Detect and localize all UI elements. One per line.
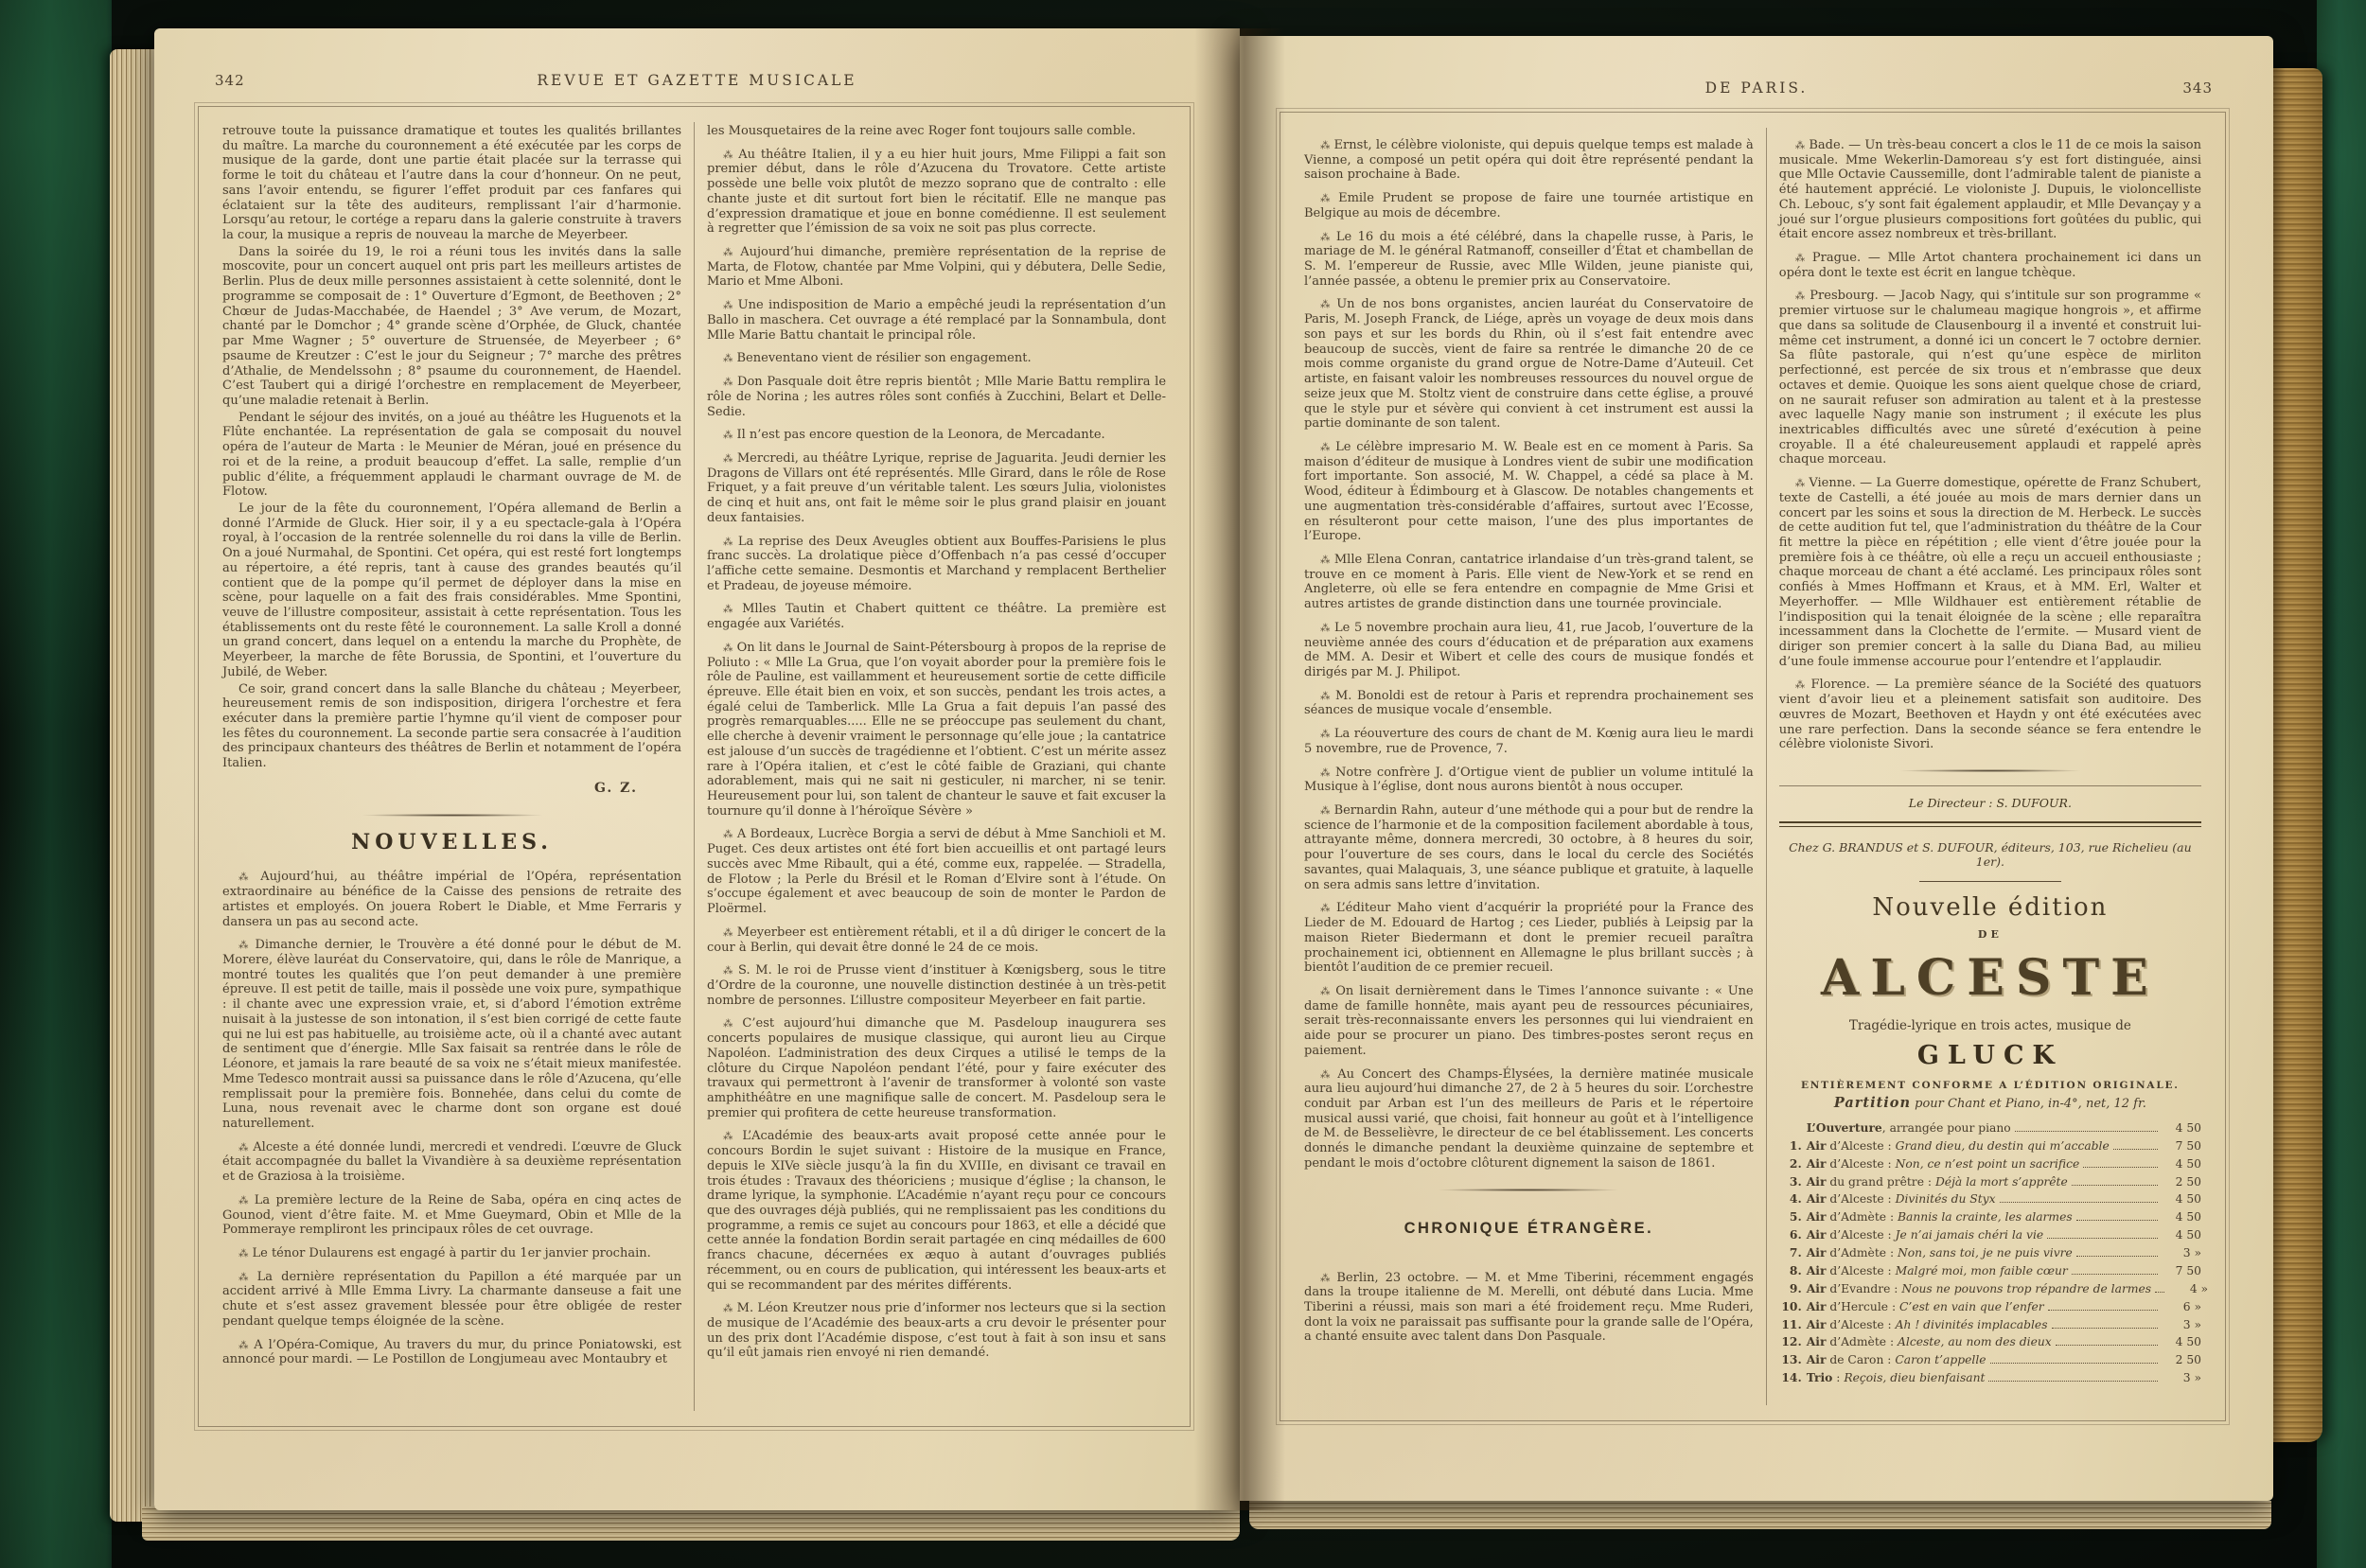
ad-conformity-line: ENTIÈREMENT CONFORME A L’ÉDITION ORIGINA… (1779, 1080, 2201, 1092)
news-item: ⁂Mlle Elena Conran, cantatrice irlandais… (1304, 553, 1754, 612)
dot-leader (2076, 1248, 2158, 1257)
news-item-text: Le 16 du mois a été célébré, dans la cha… (1304, 230, 1754, 289)
asterism-icon: ⁂ (1320, 299, 1333, 310)
news-item: ⁂Meyerbeer est entièrement rétabli, et i… (707, 925, 1166, 955)
ad-item-price: 6 » (2162, 1300, 2201, 1314)
asterism-icon: ⁂ (238, 940, 251, 951)
asterism-icon: ⁂ (723, 1018, 738, 1030)
news-item: ⁂Emile Prudent se propose de faire une t… (1304, 191, 1754, 220)
news-item-text: M. Bonoldi est de retour à Paris et repr… (1304, 689, 1754, 718)
right-page-number: 343 (2182, 79, 2213, 97)
asterism-icon: ⁂ (723, 377, 733, 388)
ad-item-number: 14. (1779, 1371, 1802, 1385)
news-item-text: Don Pasquale doit être repris bientôt ; … (707, 375, 1166, 418)
page-edges-bottom-left (142, 1506, 1240, 1541)
asterism-icon: ⁂ (723, 927, 733, 939)
asterism-icon: ⁂ (723, 537, 734, 548)
news-item-text: La dernière représentation du Papillon a… (222, 1270, 681, 1329)
ad-item-incipit: Bannis la crainte, les alarmes (1898, 1210, 2073, 1224)
ad-item-number: 6. (1779, 1228, 1802, 1242)
paragraph: Pendant le séjour des invités, on a joué… (222, 411, 681, 500)
ad-item-incipit: Alceste, au nom des dieux (1898, 1335, 2052, 1349)
news-item-text: Le 5 novembre prochain aura lieu, 41, ru… (1304, 621, 1754, 679)
asterism-icon: ⁂ (723, 247, 736, 258)
dot-leader (2076, 1212, 2158, 1221)
dot-leader (2155, 1284, 2164, 1293)
ad-item-type: Air (1807, 1318, 1827, 1332)
continued-line: les Mousquetaires de la reine avec Roger… (707, 124, 1166, 139)
asterism-icon: ⁂ (238, 1142, 249, 1154)
ad-price-row: 3. Air du grand prêtre : Déjà la mort s’… (1779, 1175, 2201, 1189)
asterism-icon: ⁂ (1320, 623, 1331, 634)
ad-item-type: Air (1807, 1157, 1827, 1172)
asterism-icon: ⁂ (723, 1131, 738, 1142)
ad-item-role: d’Evandre : (1826, 1282, 1901, 1296)
ad-item-price: 3 » (2162, 1318, 2201, 1332)
ad-price-row: 11. Air d’Alceste : Ah ! divinités impla… (1779, 1318, 2201, 1332)
news-item-text: Au théâtre Italien, il y a eu hier huit … (707, 148, 1166, 237)
ad-item-incipit: Je n’ai jamais chéri la vie (1896, 1228, 2044, 1242)
news-item: ⁂Mlles Tautin et Chabert quittent ce thé… (707, 602, 1166, 631)
right-text-frame: ⁂Ernst, le célèbre violoniste, qui depui… (1280, 112, 2226, 1421)
news-item-text: Alceste a été donnée lundi, mercredi et … (222, 1140, 681, 1184)
ad-item-number: 1. (1779, 1139, 1802, 1154)
ad-item-price: 4 50 (2162, 1192, 2201, 1207)
chronique-heading: CHRONIQUE ÉTRANGÈRE. (1304, 1220, 1754, 1239)
news-item-text: Le ténor Dulaurens est engagé à partir d… (253, 1246, 651, 1260)
director-line: Le Directeur : S. DUFOUR. (1779, 796, 2201, 810)
news-item: ⁂M. Bonoldi est de retour à Paris et rep… (1304, 689, 1754, 718)
ad-item-incipit: Nous ne pouvons trop répandre de larmes (1901, 1282, 2151, 1296)
ad-price-row: 12. Air d’Admète : Alceste, au nom des d… (1779, 1335, 2201, 1349)
news-item-text: Le célèbre impresario M. W. Beale est en… (1304, 440, 1754, 543)
ad-item-number: 5. (1779, 1210, 1802, 1224)
asterism-icon: ⁂ (1795, 253, 1809, 264)
continued-paragraph: retrouve toute la puissance dramatique e… (222, 124, 681, 243)
ad-item-price: 7 50 (2162, 1264, 2201, 1278)
news-item: ⁂Don Pasquale doit être repris bientôt ;… (707, 375, 1166, 419)
dot-leader (1990, 1355, 2158, 1364)
dot-leader (2056, 1337, 2158, 1346)
news-item: ⁂Florence. — La première séance de la So… (1779, 678, 2201, 752)
asterism-icon: ⁂ (238, 1248, 249, 1260)
nouvelles-heading: NOUVELLES. (222, 830, 681, 855)
news-item: ⁂Aujourd’hui, au théâtre impérial de l’O… (222, 870, 681, 929)
asterism-icon: ⁂ (723, 300, 734, 311)
asterism-icon: ⁂ (1320, 1273, 1333, 1284)
news-item-text: La réouverture des cours de chant de M. … (1304, 727, 1754, 756)
news-item: ⁂Le ténor Dulaurens est engagé à partir … (222, 1246, 681, 1261)
news-item-text: Berlin, 23 octobre. — M. et Mme Tiberini… (1304, 1271, 1754, 1345)
news-item-text: Une indisposition de Mario a empêché jeu… (707, 298, 1166, 342)
news-item: ⁂Un de nos bons organistes, ancien lauré… (1304, 297, 1754, 431)
ad-price-row: 13. Air de Caron : Caron t’appelle 2 50 (1779, 1353, 2201, 1367)
ad-partition-line: Partition pour Chant et Piano, in-4°, ne… (1779, 1095, 2201, 1112)
ad-item-number: 10. (1779, 1300, 1802, 1314)
ad-item-price: 4 50 (2162, 1335, 2201, 1349)
asterism-icon: ⁂ (1320, 140, 1331, 151)
asterism-icon: ⁂ (238, 872, 256, 883)
asterism-icon: ⁂ (1320, 767, 1332, 779)
ad-title-alceste: ALCESTE (1779, 949, 2201, 1009)
paragraph: Dans la soirée du 19, le roi a réuni tou… (222, 245, 681, 409)
thin-rule (1779, 785, 2201, 786)
ad-item-number: 11. (1779, 1318, 1802, 1332)
news-items-right-col1: ⁂Ernst, le célèbre violoniste, qui depui… (1304, 138, 1754, 1172)
news-item: ⁂Une indisposition de Mario a empêché je… (707, 298, 1166, 343)
right-column-2: ⁂Bade. — Un très-beau concert a clos le … (1766, 128, 2214, 1405)
asterism-icon: ⁂ (723, 643, 733, 654)
news-item-text: Dimanche dernier, le Trouvère a été donn… (222, 938, 681, 1131)
news-item-text: Aujourd’hui dimanche, première représent… (707, 245, 1166, 289)
ad-short-rule (1919, 881, 2061, 882)
dot-leader (2000, 1194, 2158, 1203)
news-item-text: Il n’est pas encore question de la Leono… (737, 428, 1105, 442)
news-item-text: On lisait dernièrement dans le Times l’a… (1304, 984, 1754, 1058)
ad-item-number: 4. (1779, 1192, 1802, 1207)
ad-item-number: 12. (1779, 1335, 1802, 1349)
news-item: ⁂On lit dans le Journal de Saint-Pétersb… (707, 641, 1166, 819)
news-item: ⁂La dernière représentation du Papillon … (222, 1270, 681, 1330)
section-divider (1439, 1189, 1618, 1191)
news-item-text: C’est aujourd’hui dimanche que M. Pasdel… (707, 1016, 1166, 1119)
news-item: ⁂Berlin, 23 octobre. — M. et Mme Tiberin… (1304, 1271, 1754, 1346)
news-item: ⁂La réouverture des cours de chant de M.… (1304, 727, 1754, 756)
news-item-text: On lit dans le Journal de Saint-Pétersbo… (707, 641, 1166, 819)
ad-item-number: 3. (1779, 1175, 1802, 1189)
ad-price-row: 14. Trio : Reçois, dieu bienfaisant 3 » (1779, 1371, 2201, 1385)
ad-item-price: 2 50 (2162, 1175, 2201, 1189)
ad-item-price: 7 50 (2162, 1139, 2201, 1154)
asterism-icon: ⁂ (723, 1303, 733, 1314)
right-running-head: DE PARIS. 343 (1289, 79, 2224, 102)
article-paragraphs: Dans la soirée du 19, le roi a réuni tou… (222, 245, 681, 771)
ad-item-type: Air (1807, 1139, 1827, 1154)
asterism-icon: ⁂ (723, 430, 733, 441)
dot-leader (2052, 1320, 2159, 1329)
ad-item-type: Air (1807, 1192, 1827, 1207)
ad-item-role: , arrangée pour piano (1882, 1121, 2011, 1136)
dot-leader (2113, 1141, 2158, 1150)
news-item-text: Aujourd’hui, au théâtre impérial de l’Op… (222, 870, 681, 928)
ad-publisher-line: Chez G. BRANDUS et S. DUFOUR, éditeurs, … (1779, 840, 2201, 869)
news-item: ⁂Mercredi, au théâtre Lyrique, reprise d… (707, 451, 1166, 526)
ad-item-number: 8. (1779, 1264, 1802, 1278)
news-item: ⁂A l’Opéra-Comique, Au travers du mur, d… (222, 1338, 681, 1367)
news-item-text: Mercredi, au théâtre Lyrique, reprise de… (707, 451, 1166, 525)
ad-item-role: d’Admète : (1826, 1210, 1898, 1224)
news-item-text: La reprise des Deux Aveugles obtient aux… (707, 535, 1166, 593)
double-rule (1779, 821, 2201, 827)
news-item: ⁂La première lecture de la Reine de Saba… (222, 1193, 681, 1238)
paragraph: Le jour de la fête du couronnement, l’Op… (222, 502, 681, 680)
ad-partition-word: Partition (1834, 1095, 1911, 1111)
dot-leader (2072, 1177, 2158, 1186)
ad-item-incipit: Déjà la mort s’apprête (1935, 1175, 2068, 1189)
ad-price-row: 10. Air d’Hercule : C’est en vain que l’… (1779, 1300, 2201, 1314)
news-item-text: Emile Prudent se propose de faire une to… (1304, 191, 1754, 220)
left-running-title: REVUE ET GAZETTE MUSICALE (203, 72, 1191, 89)
news-item-text: L’Académie des beaux-arts avait proposé … (707, 1129, 1166, 1292)
ad-item-incipit: Malgré moi, mon faible cœur (1896, 1264, 2068, 1278)
asterism-icon: ⁂ (723, 150, 734, 161)
asterism-icon: ⁂ (238, 1195, 251, 1207)
section-divider (1900, 769, 2080, 772)
asterism-icon: ⁂ (238, 1272, 254, 1283)
news-item: ⁂Beneventano vient de résilier son engag… (707, 351, 1166, 366)
ad-composer-gluck: GLUCK (1779, 1041, 2201, 1072)
ad-item-price: 4 50 (2162, 1228, 2201, 1242)
ad-item-role: d’Alceste : (1826, 1318, 1895, 1332)
page-right: DE PARIS. 343 ⁂Ernst, le célèbre violoni… (1240, 36, 2273, 1501)
ad-item-price: 3 » (2162, 1246, 2201, 1260)
article-signature: G. Z. (222, 781, 681, 797)
dot-leader (2015, 1123, 2158, 1132)
news-item-text: Notre confrère J. d’Ortigue vient de pub… (1304, 766, 1754, 795)
news-item: ⁂M. Léon Kreutzer nous prie d’informer n… (707, 1301, 1166, 1361)
news-item: ⁂Prague. — Mlle Artot chantera prochaine… (1779, 251, 2201, 280)
news-item: ⁂Vienne. — La Guerre domestique, opérett… (1779, 476, 2201, 669)
ad-item-type: Trio (1807, 1371, 1833, 1385)
ad-item-price: 4 » (2168, 1282, 2208, 1296)
ad-item-incipit: Grand dieu, du destin qui m’accable (1896, 1139, 2110, 1154)
news-item-text: La première lecture de la Reine de Saba,… (222, 1193, 681, 1237)
asterism-icon: ⁂ (723, 965, 734, 977)
left-text-frame: retrouve toute la puissance dramatique e… (198, 106, 1191, 1427)
ad-item-type: Air (1807, 1282, 1827, 1296)
book-cover-right (2317, 0, 2366, 1568)
ad-item-incipit: C’est en vain que l’enfer (1899, 1300, 2044, 1314)
news-item-text: Ernst, le célèbre violoniste, qui depuis… (1304, 138, 1754, 182)
ad-item-role: d’Alceste : (1826, 1157, 1895, 1172)
news-item: ⁂Notre confrère J. d’Ortigue vient de pu… (1304, 766, 1754, 795)
right-running-title: DE PARIS. (1289, 79, 2224, 97)
news-item: ⁂Ernst, le célèbre violoniste, qui depui… (1304, 138, 1754, 183)
left-column-2: les Mousquetaires de la reine avec Roger… (694, 122, 1178, 1411)
news-item-text: Mlle Elena Conran, cantatrice irlandaise… (1304, 553, 1754, 611)
asterism-icon: ⁂ (1320, 986, 1332, 997)
asterism-icon: ⁂ (1795, 140, 1806, 151)
dot-leader (2047, 1230, 2158, 1239)
dot-leader (2048, 1302, 2158, 1311)
news-item: ⁂Il n’est pas encore question de la Leon… (707, 428, 1166, 443)
ad-item-incipit: Non, ce n’est point un sacrifice (1896, 1157, 2080, 1172)
ad-item-type: L’Ouverture (1807, 1121, 1882, 1136)
dot-leader (2083, 1159, 2158, 1168)
ad-price-list: L’Ouverture , arrangée pour piano 4 50 1… (1779, 1121, 2201, 1385)
ad-item-price: 4 50 (2162, 1121, 2201, 1136)
news-item-text: M. Léon Kreutzer nous prie d’informer no… (707, 1301, 1166, 1360)
asterism-icon: ⁂ (1320, 729, 1331, 740)
page-edges-bottom-right (1249, 1501, 2271, 1529)
asterism-icon: ⁂ (723, 604, 738, 615)
asterism-icon: ⁂ (1320, 232, 1333, 243)
news-item: ⁂Presbourg. — Jacob Nagy, qui s’intitule… (1779, 289, 2201, 467)
news-item: ⁂Aujourd’hui dimanche, première représen… (707, 245, 1166, 290)
news-items-left-col1: ⁂Aujourd’hui, au théâtre impérial de l’O… (222, 870, 681, 1367)
ad-de-line: DE (1779, 928, 2201, 941)
news-item-text: A Bordeaux, Lucrèce Borgia a servi de dé… (707, 827, 1166, 916)
news-item-text: Presbourg. — Jacob Nagy, qui s’intitule … (1779, 289, 2201, 467)
ad-item-incipit: Divinités du Styx (1896, 1192, 1996, 1207)
ad-price-row: 9. Air d’Evandre : Nous ne pouvons trop … (1779, 1282, 2201, 1296)
ad-subtitle: Tragédie-lyrique en trois actes, musique… (1779, 1018, 2201, 1033)
ad-item-role: de Caron : (1826, 1353, 1895, 1367)
news-item-text: Meyerbeer est entièrement rétabli, et il… (707, 925, 1166, 955)
news-item: ⁂A Bordeaux, Lucrèce Borgia a servi de d… (707, 827, 1166, 916)
news-item: ⁂On lisait dernièrement dans le Times l’… (1304, 984, 1754, 1059)
news-item: ⁂Au Concert des Champs-Élysées, la derni… (1304, 1067, 1754, 1172)
news-item-text: Bade. — Un très-beau concert a clos le 1… (1779, 138, 2201, 241)
asterism-icon: ⁂ (1320, 805, 1331, 817)
news-item: ⁂La reprise des Deux Aveugles obtient au… (707, 535, 1166, 594)
news-item: ⁂L’éditeur Maho vient d’acquérir la prop… (1304, 901, 1754, 976)
dot-leader (2072, 1266, 2158, 1275)
ad-item-type: Air (1807, 1210, 1827, 1224)
news-item-text: Prague. — Mlle Artot chantera prochainem… (1779, 251, 2201, 280)
asterism-icon: ⁂ (1320, 1069, 1333, 1081)
ad-price-row: L’Ouverture , arrangée pour piano 4 50 (1779, 1121, 2201, 1136)
ad-item-price: 4 50 (2162, 1157, 2201, 1172)
news-item: ⁂Dimanche dernier, le Trouvère a été don… (222, 938, 681, 1131)
ad-item-price: 4 50 (2162, 1210, 2201, 1224)
left-column-1: retrouve toute la puissance dramatique e… (210, 122, 694, 1411)
book-cover-left (0, 0, 112, 1568)
ad-item-role: : (1832, 1371, 1844, 1385)
ad-item-type: Air (1807, 1246, 1827, 1260)
ad-item-role: d’Alceste : (1826, 1192, 1895, 1207)
ad-item-number: 13. (1779, 1353, 1802, 1367)
asterism-icon: ⁂ (1320, 555, 1331, 566)
ad-item-type: Air (1807, 1228, 1827, 1242)
ad-item-type: Air (1807, 1175, 1827, 1189)
news-item: ⁂Bernardin Rahn, auteur d’une méthode qu… (1304, 803, 1754, 892)
ad-item-incipit: Non, sans toi, je ne puis vivre (1898, 1246, 2073, 1260)
asterism-icon: ⁂ (723, 453, 733, 465)
news-item: ⁂C’est aujourd’hui dimanche que M. Pasde… (707, 1016, 1166, 1120)
ad-item-role: d’Admète : (1826, 1335, 1898, 1349)
news-item: ⁂Bade. — Un très-beau concert a clos le … (1779, 138, 2201, 242)
ad-partition-rest: pour Chant et Piano, in-4°, net, 12 fr. (1911, 1097, 2146, 1111)
asterism-icon: ⁂ (1795, 679, 1808, 691)
ad-item-role: d’Alceste : (1826, 1228, 1895, 1242)
news-item-text: Mlles Tautin et Chabert quittent ce théâ… (707, 602, 1166, 631)
ad-item-type: Air (1807, 1300, 1827, 1314)
gilt-fore-edge (2269, 68, 2322, 1442)
ad-item-type: Air (1807, 1353, 1827, 1367)
asterism-icon: ⁂ (1795, 291, 1807, 302)
ad-item-number: 9. (1779, 1282, 1802, 1296)
ad-edition-line: Nouvelle édition (1779, 893, 2201, 923)
news-item: ⁂Le célèbre impresario M. W. Beale est e… (1304, 440, 1754, 544)
news-items-right-col2: ⁂Bade. — Un très-beau concert a clos le … (1779, 138, 2201, 752)
ad-item-price: 2 50 (2162, 1353, 2201, 1367)
right-column-1: ⁂Ernst, le célèbre violoniste, qui depui… (1292, 128, 1766, 1405)
news-item: ⁂L’Académie des beaux-arts avait proposé… (707, 1129, 1166, 1293)
paragraph: Ce soir, grand concert dans la salle Bla… (222, 682, 681, 771)
news-items-left-col2: ⁂Au théâtre Italien, il y a eu hier huit… (707, 148, 1166, 1361)
news-item-text: Beneventano vient de résilier son engage… (737, 351, 1032, 365)
asterism-icon: ⁂ (1320, 193, 1334, 204)
news-item: ⁂Le 16 du mois a été célébré, dans la ch… (1304, 230, 1754, 290)
news-item-text: A l’Opéra-Comique, Au travers du mur, du… (222, 1338, 681, 1367)
ad-item-number: 2. (1779, 1157, 1802, 1172)
ad-price-row: 1. Air d’Alceste : Grand dieu, du destin… (1779, 1139, 2201, 1154)
ad-price-row: 5. Air d’Admète : Bannis la crainte, les… (1779, 1210, 2201, 1224)
ad-price-row: 8. Air d’Alceste : Malgré moi, mon faibl… (1779, 1264, 2201, 1278)
news-item: ⁂Le 5 novembre prochain aura lieu, 41, r… (1304, 621, 1754, 680)
news-item-text: Au Concert des Champs-Élysées, la derniè… (1304, 1067, 1754, 1171)
asterism-icon: ⁂ (1795, 478, 1806, 489)
news-item: ⁂S. M. le roi de Prusse vient d’institue… (707, 963, 1166, 1008)
ad-item-role: d’Admète : (1826, 1246, 1898, 1260)
news-item-text: Florence. — La première séance de la Soc… (1779, 678, 2201, 751)
ad-item-incipit: Ah ! divinités implacables (1896, 1318, 2048, 1332)
ad-item-type: Air (1807, 1264, 1827, 1278)
ad-item-price: 3 » (2162, 1371, 2201, 1385)
ad-price-row: 4. Air d’Alceste : Divinités du Styx 4 5… (1779, 1192, 2201, 1207)
asterism-icon: ⁂ (238, 1340, 250, 1351)
ad-price-row: 2. Air d’Alceste : Non, ce n’est point u… (1779, 1157, 2201, 1172)
ad-item-type: Air (1807, 1335, 1827, 1349)
ad-price-row: 7. Air d’Admète : Non, sans toi, je ne p… (1779, 1246, 2201, 1260)
section-divider (362, 814, 542, 817)
ad-price-row: 6. Air d’Alceste : Je n’ai jamais chéri … (1779, 1228, 2201, 1242)
alceste-advertisement: Chez G. BRANDUS et S. DUFOUR, éditeurs, … (1779, 840, 2201, 1385)
ad-item-role: d’Alceste : (1826, 1264, 1895, 1278)
asterism-icon: ⁂ (1320, 442, 1332, 453)
left-running-head: 342 REVUE ET GAZETTE MUSICALE (203, 72, 1191, 95)
news-item: ⁂Au théâtre Italien, il y a eu hier huit… (707, 148, 1166, 237)
page-edges-left (110, 49, 159, 1522)
news-item-text: L’éditeur Maho vient d’acquérir la propr… (1304, 901, 1754, 975)
page-left: 342 REVUE ET GAZETTE MUSICALE retrouve t… (154, 28, 1240, 1510)
ad-item-incipit: Reçois, dieu bienfaisant (1844, 1371, 1985, 1385)
dot-leader (1988, 1373, 2158, 1382)
asterism-icon: ⁂ (723, 829, 733, 840)
asterism-icon: ⁂ (1320, 903, 1333, 914)
news-item-text: Bernardin Rahn, auteur d’une méthode qui… (1304, 803, 1754, 892)
ad-item-role: du grand prêtre : (1826, 1175, 1934, 1189)
news-item-text: S. M. le roi de Prusse vient d’instituer… (707, 963, 1166, 1007)
news-item-text: Un de nos bons organistes, ancien lauréa… (1304, 297, 1754, 431)
news-item-text: Vienne. — La Guerre domestique, opérette… (1779, 476, 2201, 669)
ad-item-role: d’Hercule : (1826, 1300, 1899, 1314)
ad-item-role: d’Alceste : (1826, 1139, 1895, 1154)
chronique-items: ⁂Berlin, 23 octobre. — M. et Mme Tiberin… (1304, 1271, 1754, 1346)
asterism-icon: ⁂ (723, 353, 733, 364)
ad-item-number: 7. (1779, 1246, 1802, 1260)
ad-item-incipit: Caron t’appelle (1895, 1353, 1986, 1367)
asterism-icon: ⁂ (1320, 691, 1332, 702)
news-item: ⁂Alceste a été donnée lundi, mercredi et… (222, 1140, 681, 1185)
